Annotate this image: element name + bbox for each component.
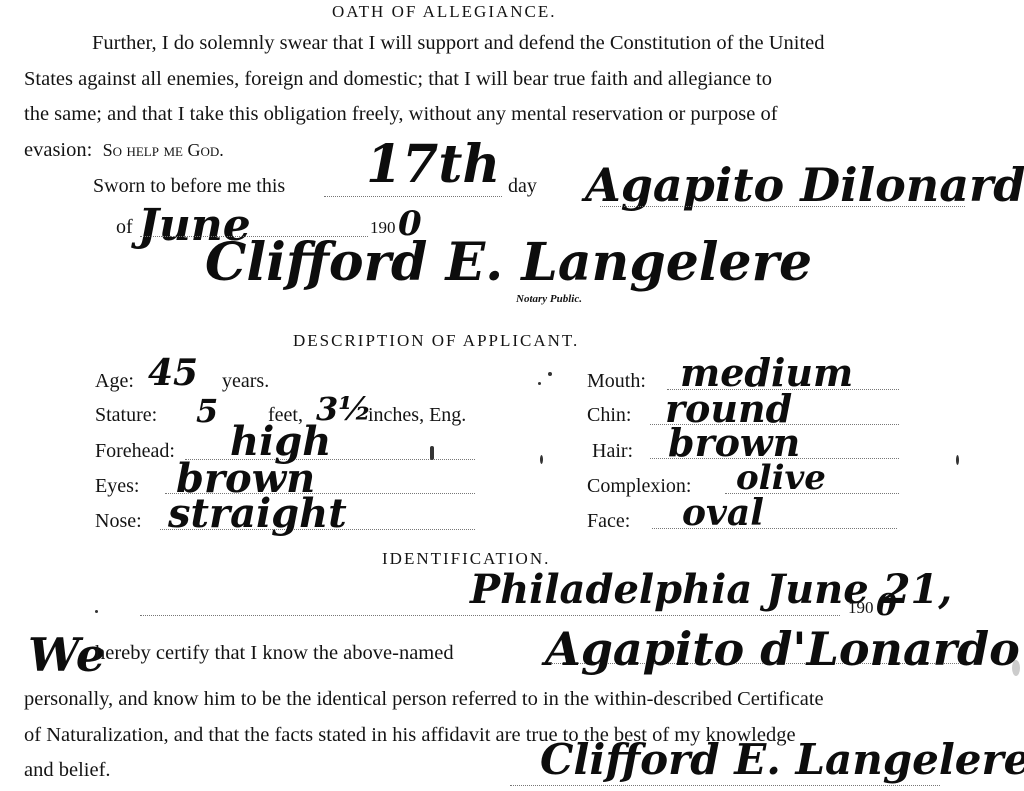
stature-feet-value: 5 (196, 392, 218, 430)
scan-speck (548, 372, 552, 376)
age-label: Age: (95, 370, 134, 393)
eyes-label: Eyes: (95, 475, 139, 498)
certify-prefix-hand: We (28, 628, 105, 682)
so-help-me-god: So help me God. (103, 140, 224, 160)
stature-inches-label: inches, Eng. (368, 404, 466, 427)
witness-signature: Clifford E. Langelere (540, 735, 1024, 784)
scan-speck (538, 382, 541, 385)
mouth-label: Mouth: (587, 370, 646, 393)
nose-label: Nose: (95, 510, 142, 533)
witness-signature-line (510, 785, 940, 786)
applicant-signature-line (600, 206, 965, 207)
oath-title: OATH OF ALLEGIANCE. (332, 2, 557, 22)
oath-line-1: Further, I do solemnly swear that I will… (24, 26, 969, 62)
day-value: 17th (366, 134, 500, 195)
face-label: Face: (587, 510, 630, 533)
chin-label: Chin: (587, 404, 631, 427)
day-field-line (324, 196, 502, 197)
notary-signature: Clifford E. Langelere (205, 232, 812, 293)
scan-speck (430, 446, 434, 460)
place-date-field-line (140, 615, 840, 616)
oath-evasion-text: evasion: (24, 139, 92, 161)
of-label: of (116, 216, 133, 239)
oath-line-3: the same; and that I take this obligatio… (24, 97, 969, 133)
face-value: oval (682, 492, 764, 534)
named-person-value: Agapito d'Lonardo (545, 622, 1020, 676)
id-year-prefix: 190 (848, 598, 874, 618)
id-year-suffix: 0 (876, 588, 897, 623)
certify-text: hereby certify that I know the above-nam… (95, 642, 454, 665)
sworn-label: Sworn to before me this (93, 175, 285, 198)
notary-title: Notary Public. (516, 293, 582, 305)
complexion-label: Complexion: (587, 475, 691, 498)
oath-line-2: States against all enemies, foreign and … (24, 62, 969, 98)
applicant-signature: Agapito Dilonardo (585, 158, 1024, 212)
description-title: DESCRIPTION OF APPLICANT. (293, 331, 579, 351)
hair-label: Hair: (592, 440, 633, 463)
scan-speck (95, 610, 98, 613)
age-value: 45 (148, 352, 198, 394)
scan-speck (540, 455, 543, 464)
day-label: day (508, 175, 537, 198)
scan-speck (1012, 660, 1020, 676)
id-line-1: personally, and know him to be the ident… (24, 682, 969, 718)
stature-label: Stature: (95, 404, 157, 427)
age-suffix: years. (222, 370, 269, 393)
scan-speck (956, 455, 959, 465)
nose-value: straight (168, 490, 347, 537)
forehead-label: Forehead: (95, 440, 175, 463)
